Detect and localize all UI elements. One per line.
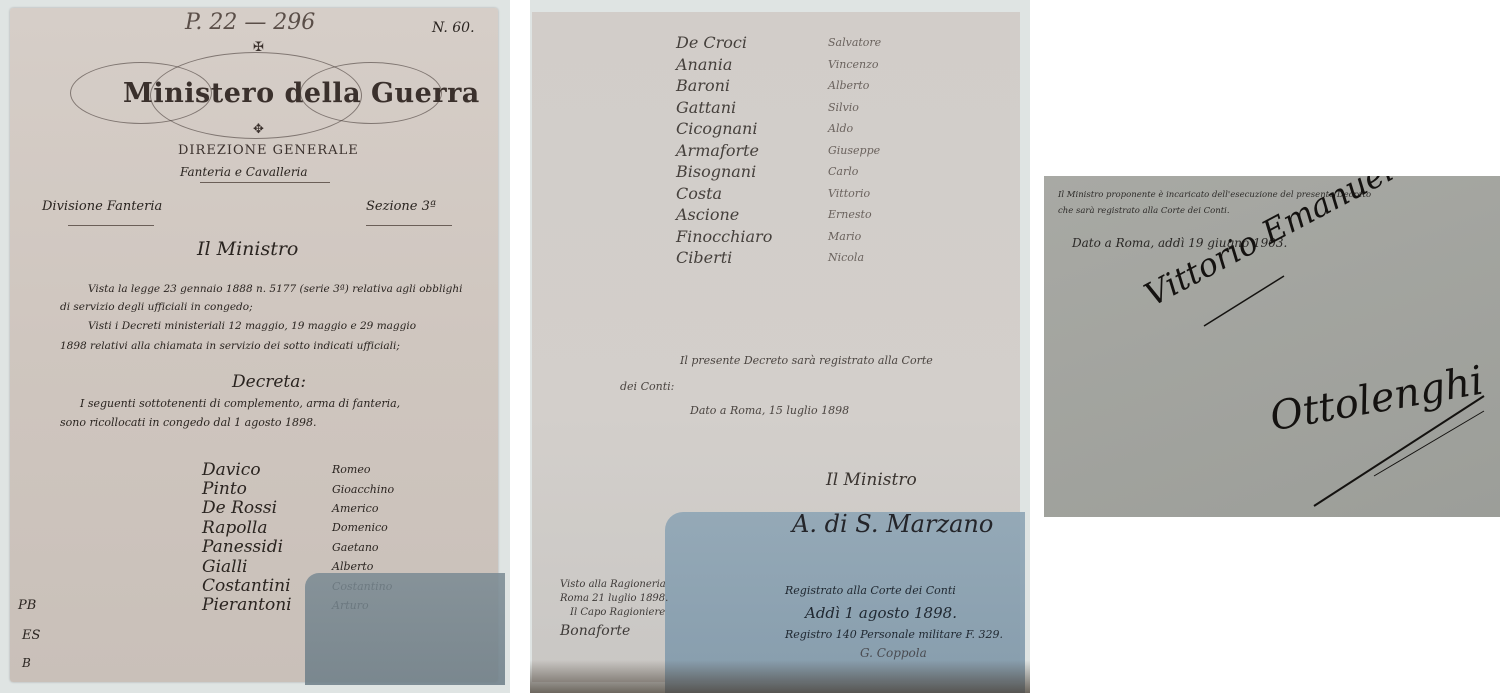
list-item: CicognaniAldo — [676, 118, 881, 140]
ornament-cross-icon: ✠ — [253, 40, 264, 55]
ornament-cross-icon: ✥ — [253, 122, 264, 137]
section-label: Sezione 3ª — [366, 199, 436, 214]
list-item: GattaniSilvio — [676, 97, 881, 119]
minister-signature: A. di S. Marzano — [792, 510, 993, 538]
margin-note: B — [22, 656, 31, 670]
decree-line: I seguenti sottotenenti di complemento, … — [80, 397, 400, 410]
list-item: De RossiAmerico — [202, 499, 394, 518]
officers-list-continued: De CrociSalvatore AnaniaVincenzo BaroniA… — [676, 32, 881, 269]
photo-edge-shadow — [530, 660, 1030, 693]
divider — [68, 225, 154, 226]
list-item: CibertiNicola — [676, 247, 881, 269]
registration-stamp: Registrato alla Corte dei Conti Addì 1 a… — [785, 580, 1003, 646]
registrar-signature: G. Coppola — [860, 646, 927, 660]
decree-line: sono ricollocati in congedo dal 1 agosto… — [60, 416, 317, 429]
list-item: AnaniaVincenzo — [676, 54, 881, 76]
document-page-1: P. 22 — 296 N. 60. ✠ ✥ Ministero della G… — [0, 0, 510, 693]
signature-stroke — [1044, 176, 1500, 517]
list-item: RapollaDomenico — [202, 518, 394, 537]
margin-note: ES — [22, 628, 40, 643]
document-page-2: De CrociSalvatore AnaniaVincenzo BaroniA… — [530, 0, 1030, 693]
list-item: ArmaforteGiuseppe — [676, 140, 881, 162]
minister-heading: Il Ministro — [197, 238, 298, 260]
divider — [366, 225, 452, 226]
list-item: PanessidiGaetano — [202, 538, 394, 557]
margin-note: PB — [18, 598, 36, 613]
list-item: PintoGioacchino — [202, 479, 394, 498]
division-label: Divisione Fanteria — [42, 199, 162, 214]
preamble-line: di servizio degli ufficiali in congedo; — [60, 301, 253, 313]
list-item: FinocchiaroMario — [676, 226, 881, 248]
preamble-line: 1898 relativi alla chiamata in servizio … — [60, 340, 400, 352]
decree-heading: Decreta: — [232, 372, 306, 392]
date-line: Dato a Roma, 15 luglio 1898 — [690, 404, 849, 417]
closing-line: Il presente Decreto sarà registrato alla… — [680, 354, 933, 367]
list-item: BisognaniCarlo — [676, 161, 881, 183]
divider — [200, 182, 330, 183]
document-number: N. 60. — [432, 20, 475, 36]
list-item: BaroniAlberto — [676, 75, 881, 97]
list-item: AscioneErnesto — [676, 204, 881, 226]
ragioneria-stamp: Visto alla Ragioneria Roma 21 luglio 189… — [560, 578, 668, 638]
list-item: DavicoRomeo — [202, 460, 394, 479]
list-item: De CrociSalvatore — [676, 32, 881, 54]
closing-line: dei Conti: — [620, 380, 674, 393]
directorate-heading: DIREZIONE GENERALE — [178, 143, 359, 158]
preamble-line: Visti i Decreti ministeriali 12 maggio, … — [88, 320, 416, 332]
signatory-title: Il Ministro — [826, 470, 917, 490]
signature-detail: Il Ministro proponente è incaricato dell… — [1044, 176, 1500, 517]
branch-subtitle: Fanteria e Cavalleria — [180, 165, 308, 179]
list-item: CostaVittorio — [676, 183, 881, 205]
preamble-line: Vista la legge 23 gennaio 1888 n. 5177 (… — [88, 283, 463, 295]
ministry-title: Ministero della Guerra — [123, 78, 480, 109]
photo-shadow — [305, 573, 505, 685]
protocol-annotation: P. 22 — 296 — [185, 10, 315, 35]
